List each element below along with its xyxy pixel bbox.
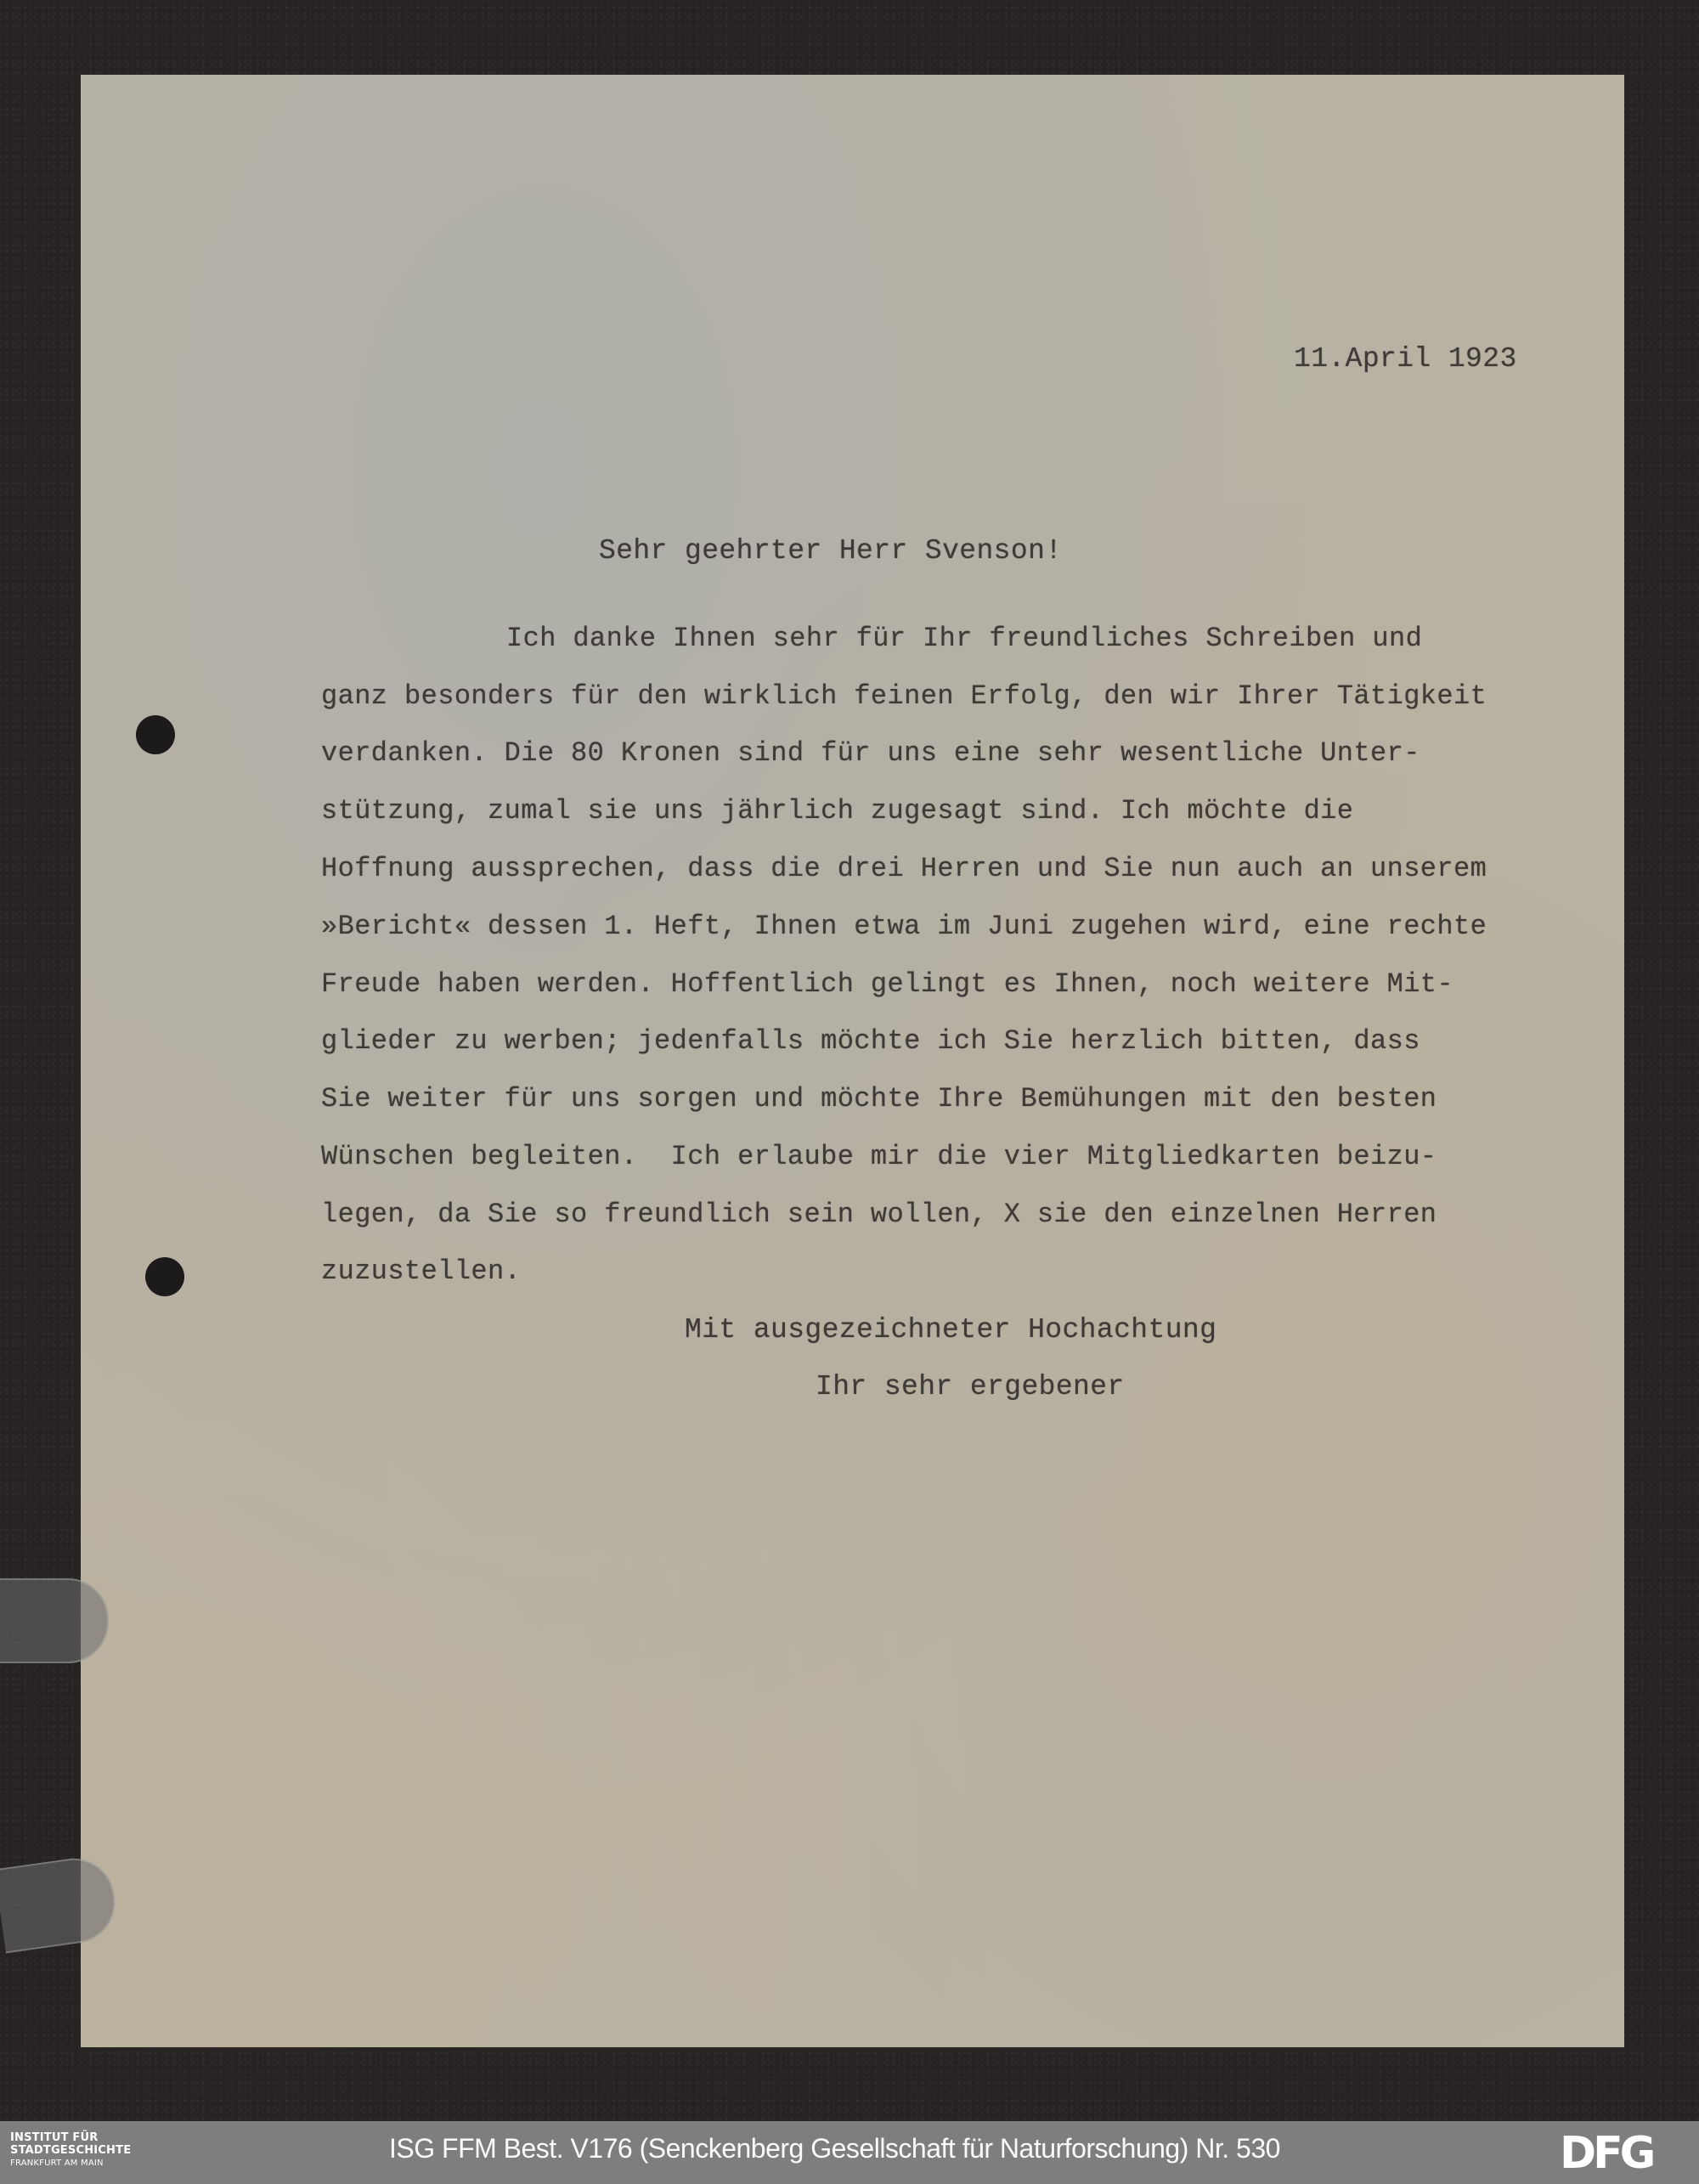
letter-date: 11.April 1923: [1294, 343, 1517, 375]
institute-city: FRANKFURT AM MAIN: [10, 2157, 131, 2170]
dfg-logo: DFG: [1560, 2130, 1652, 2177]
body-line: zuzustellen.: [321, 1256, 521, 1287]
body-line: »Bericht« dessen 1. Heft, Ihnen etwa im …: [321, 911, 1487, 942]
body-line: Sie weiter für uns sorgen und möchte Ihr…: [321, 1083, 1437, 1115]
institute-logo: INSTITUT FÜR STADTGESCHICHTE FRANKFURT A…: [10, 2131, 131, 2170]
institute-name-line1: INSTITUT FÜR: [10, 2131, 131, 2144]
body-line: glieder zu werben; jedenfalls möchte ich…: [321, 1025, 1420, 1057]
body-line: verdanken. Die 80 Kronen sind für uns ei…: [321, 737, 1420, 769]
punch-hole-top: [136, 715, 175, 754]
archive-footer: INSTITUT FÜR STADTGESCHICHTE FRANKFURT A…: [0, 2121, 1699, 2184]
body-line: Freude haben werden. Hoffentlich gelingt…: [321, 968, 1453, 1000]
body-line: Hoffnung aussprechen, dass die drei Herr…: [321, 853, 1487, 884]
letter-salutation: Sehr geehrter Herr Svenson!: [599, 535, 1063, 567]
holder-clip-top: [0, 1578, 109, 1663]
closing-line-1: Mit ausgezeichneter Hochachtung: [685, 1314, 1216, 1346]
body-line: Ich danke Ihnen sehr für Ihr freundliche…: [506, 623, 1422, 654]
body-line: ganz besonders für den wirklich feinen E…: [321, 680, 1487, 712]
archive-caption: ISG FFM Best. V176 (Senckenberg Gesellsc…: [389, 2133, 1280, 2164]
body-line: Wünschen begleiten. Ich erlaube mir die …: [321, 1141, 1437, 1172]
body-line: stützung, zumal sie uns jährlich zugesag…: [321, 795, 1353, 827]
institute-name-line2: STADTGESCHICHTE: [10, 2144, 131, 2157]
body-line: legen, da Sie so freundlich sein wollen,…: [321, 1199, 1437, 1230]
closing-line-2: Ihr sehr ergebener: [816, 1371, 1125, 1402]
punch-hole-bottom: [145, 1257, 184, 1296]
